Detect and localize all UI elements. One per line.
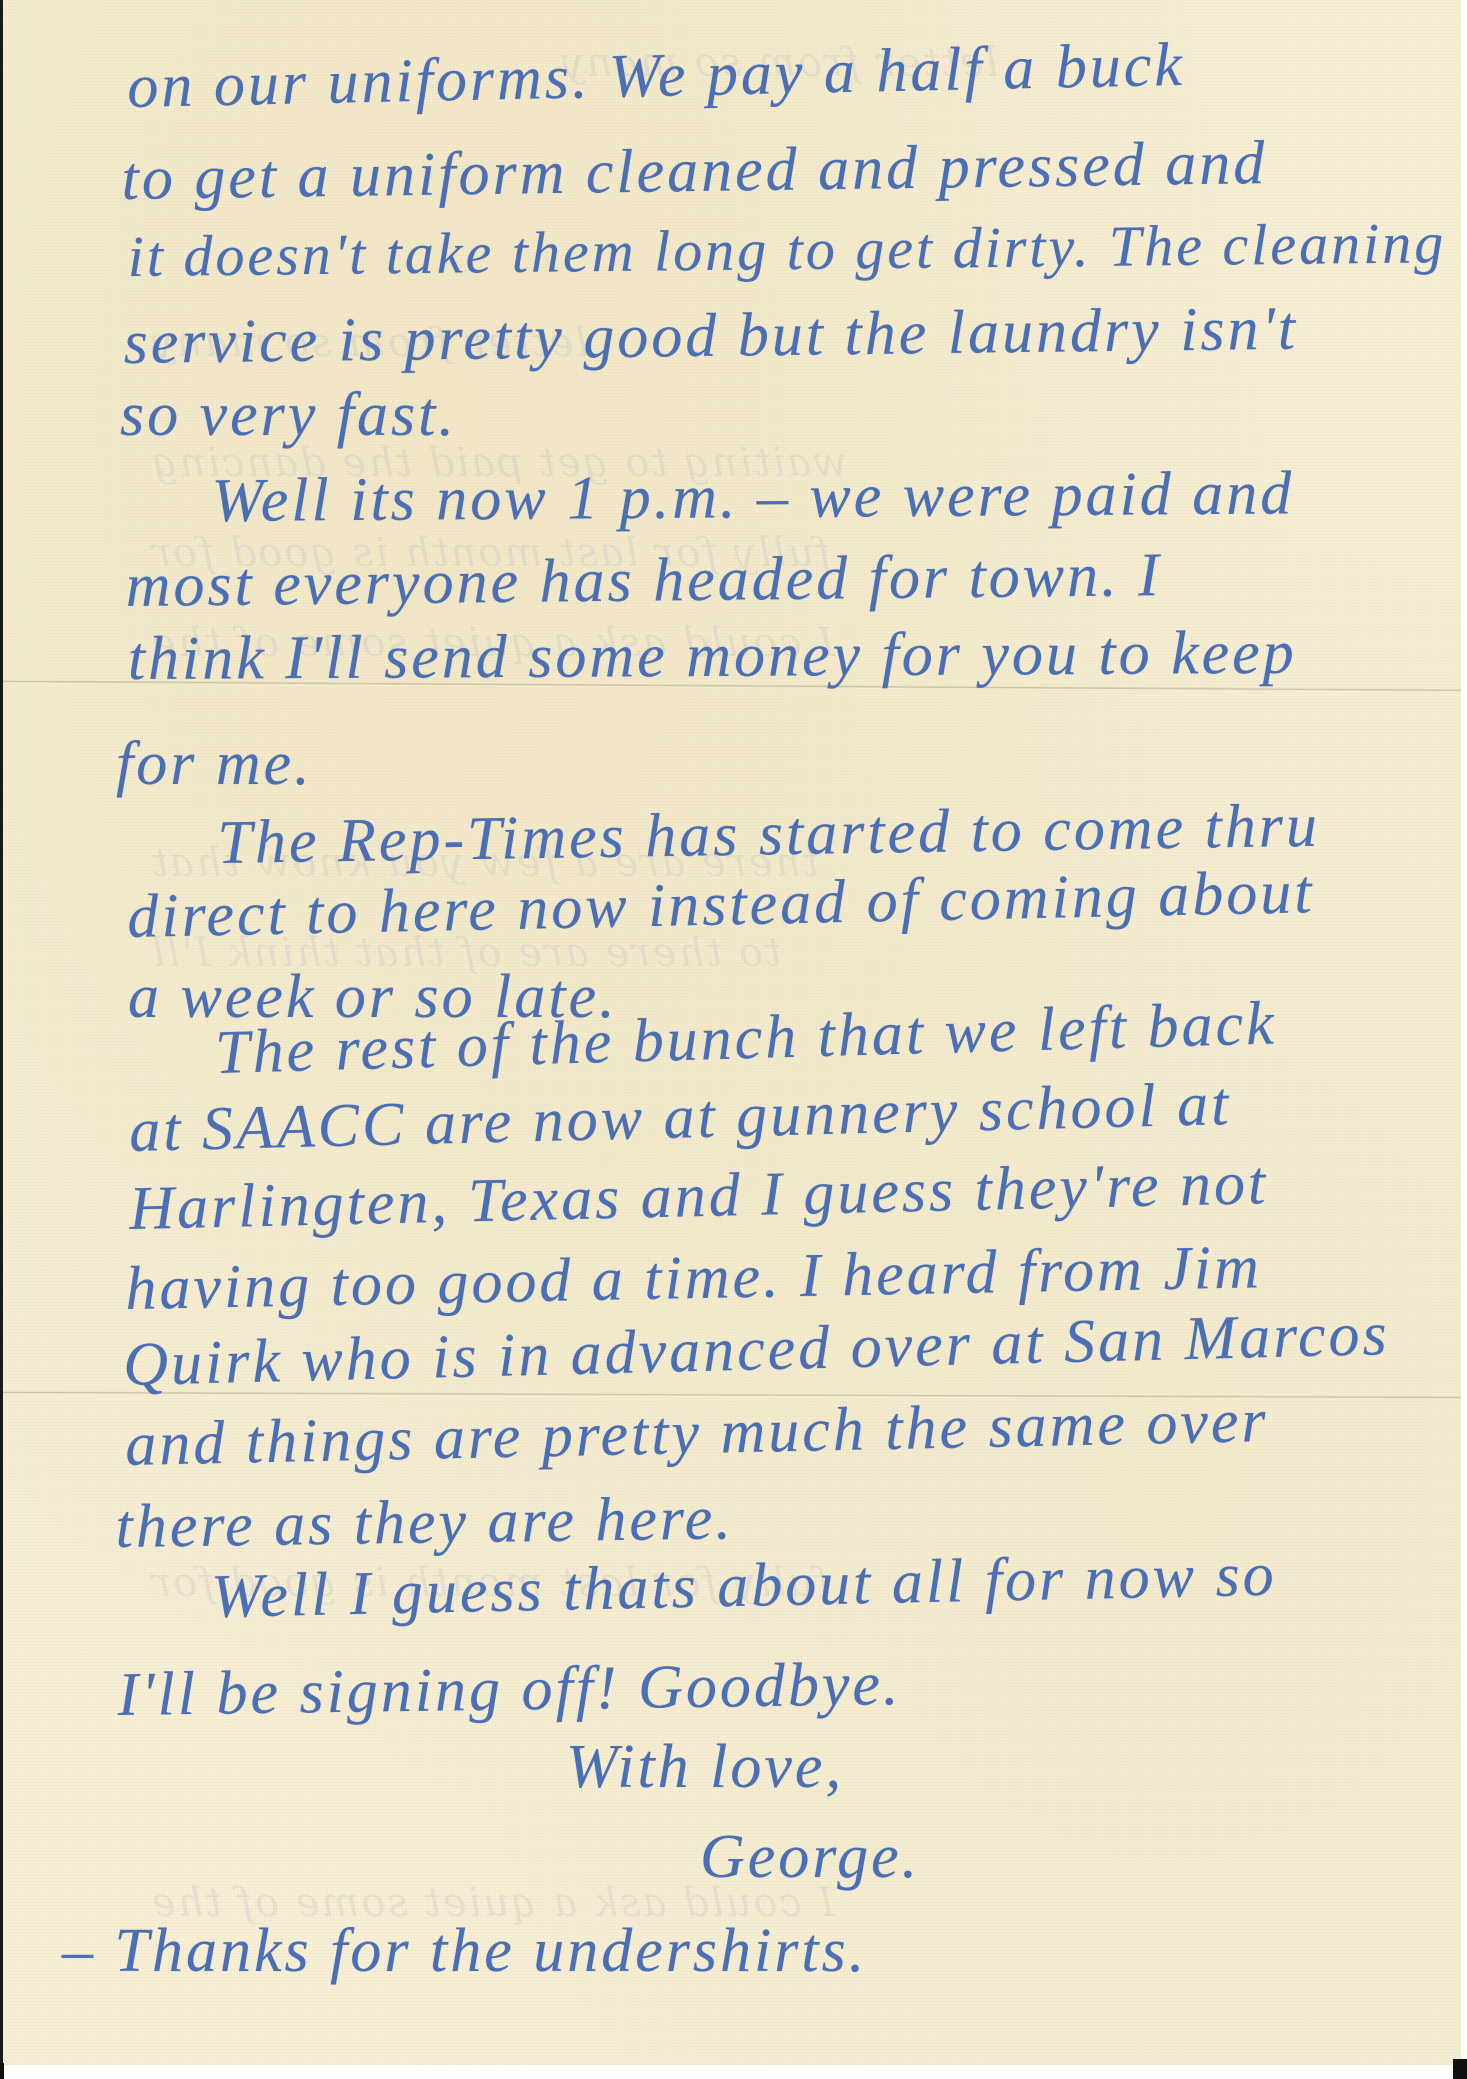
letter-line: to get a uniform cleaned and pressed and: [121, 132, 1267, 210]
letter-line: I'll be signing off! Goodbye.: [117, 1653, 902, 1726]
scan-border: [0, 0, 3, 2079]
letter-line: for me.: [116, 733, 313, 795]
scan-border: [0, 2065, 1467, 2079]
letter-line: service is pretty good but the laundry i…: [123, 298, 1298, 374]
scan-border: [1453, 2059, 1467, 2079]
letter-line: there as they are here.: [115, 1487, 734, 1558]
letter-line: most everyone has headed for town. I: [125, 544, 1162, 617]
scan-border: [0, 2063, 4, 2079]
letter-line: it doesn't take them long to get dirty. …: [127, 214, 1446, 286]
closing-salutation: With love,: [566, 1736, 844, 1798]
postscript: – Thanks for the undershirts.: [62, 1920, 867, 1982]
letter-line: so very fast.: [120, 384, 457, 446]
signature: George.: [700, 1826, 920, 1888]
letter-line: Well its now 1 p.m. – we were paid and: [212, 462, 1295, 532]
letter-line: think I'll send some money for you to ke…: [128, 622, 1297, 690]
